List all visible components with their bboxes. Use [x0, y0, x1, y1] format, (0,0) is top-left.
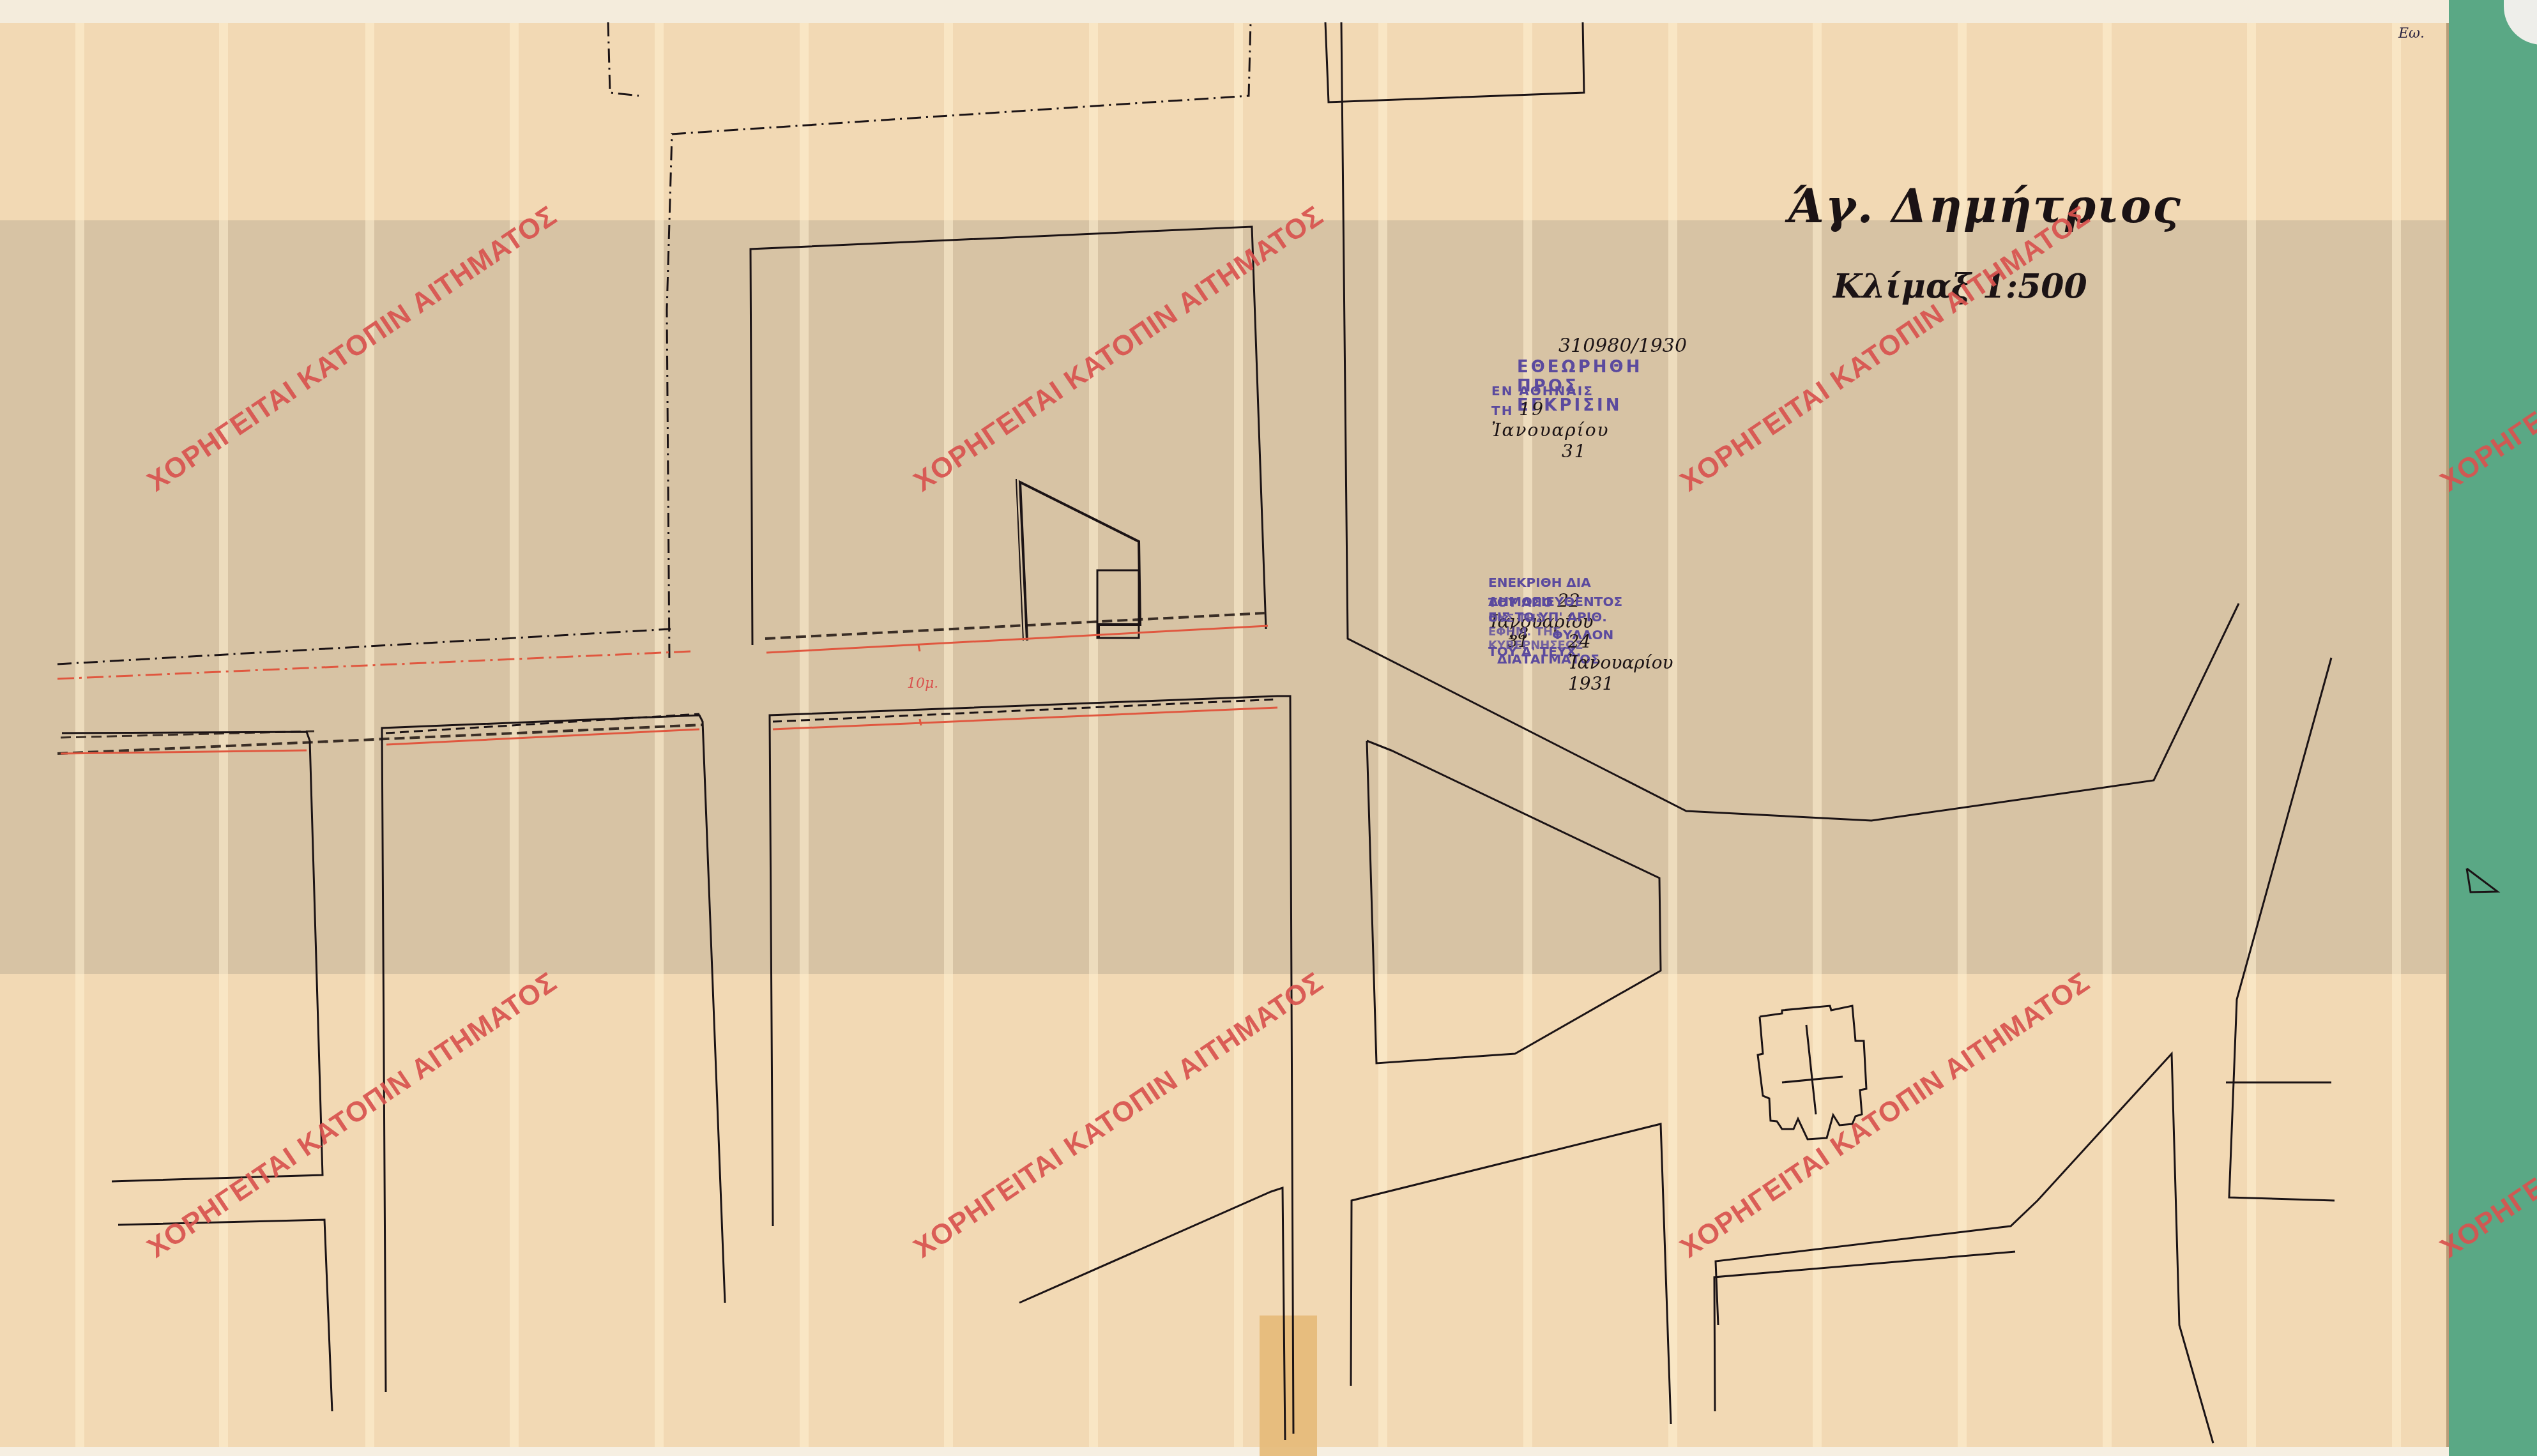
street-alignment-line [57, 651, 692, 679]
dimension-label: 10μ. [907, 676, 938, 692]
highlighted-plot [1020, 482, 1140, 641]
publication-date: 24 Ἰανουαρίου 1931 [1568, 631, 1673, 694]
street-alignment-line [766, 626, 1268, 653]
alignment-tick [920, 719, 921, 725]
boundary-line [57, 629, 671, 664]
boundary-line [667, 22, 1251, 658]
church-cross [1806, 1025, 1816, 1114]
street-edge [1367, 741, 1661, 1063]
map-title: Άγ. Δημήτριος [1788, 179, 2182, 233]
map-sheet: Άγ. Δημήτριος Κλίμαξ 1:500 Εω. 10μ. 3109… [0, 0, 2537, 1456]
alignment-tick [918, 645, 920, 651]
block-outline [1325, 22, 1584, 102]
block-outline [1714, 1252, 2015, 1411]
block-outline [1716, 1054, 2213, 1443]
stamp-year: 31 [1562, 441, 1587, 462]
stamp-line: ΕΝ ΑΘΗΝΑΙΣ ΤΗ 19 Ἰανουαρίου 31 [1491, 383, 1610, 462]
triangle-mark [2467, 868, 2497, 892]
building-line [765, 613, 1266, 639]
block-outline [1351, 1124, 1671, 1424]
building-line [386, 714, 699, 733]
building-line [57, 725, 703, 754]
block-outline [62, 732, 323, 1181]
protocol-number: 310980/1930 [1558, 335, 1687, 357]
corner-annotation: Εω. [2398, 26, 2425, 42]
block-outline [1019, 1188, 1285, 1440]
boundary-line [608, 22, 639, 96]
plot-annex [1097, 570, 1139, 638]
street-edge [2229, 658, 2335, 1201]
